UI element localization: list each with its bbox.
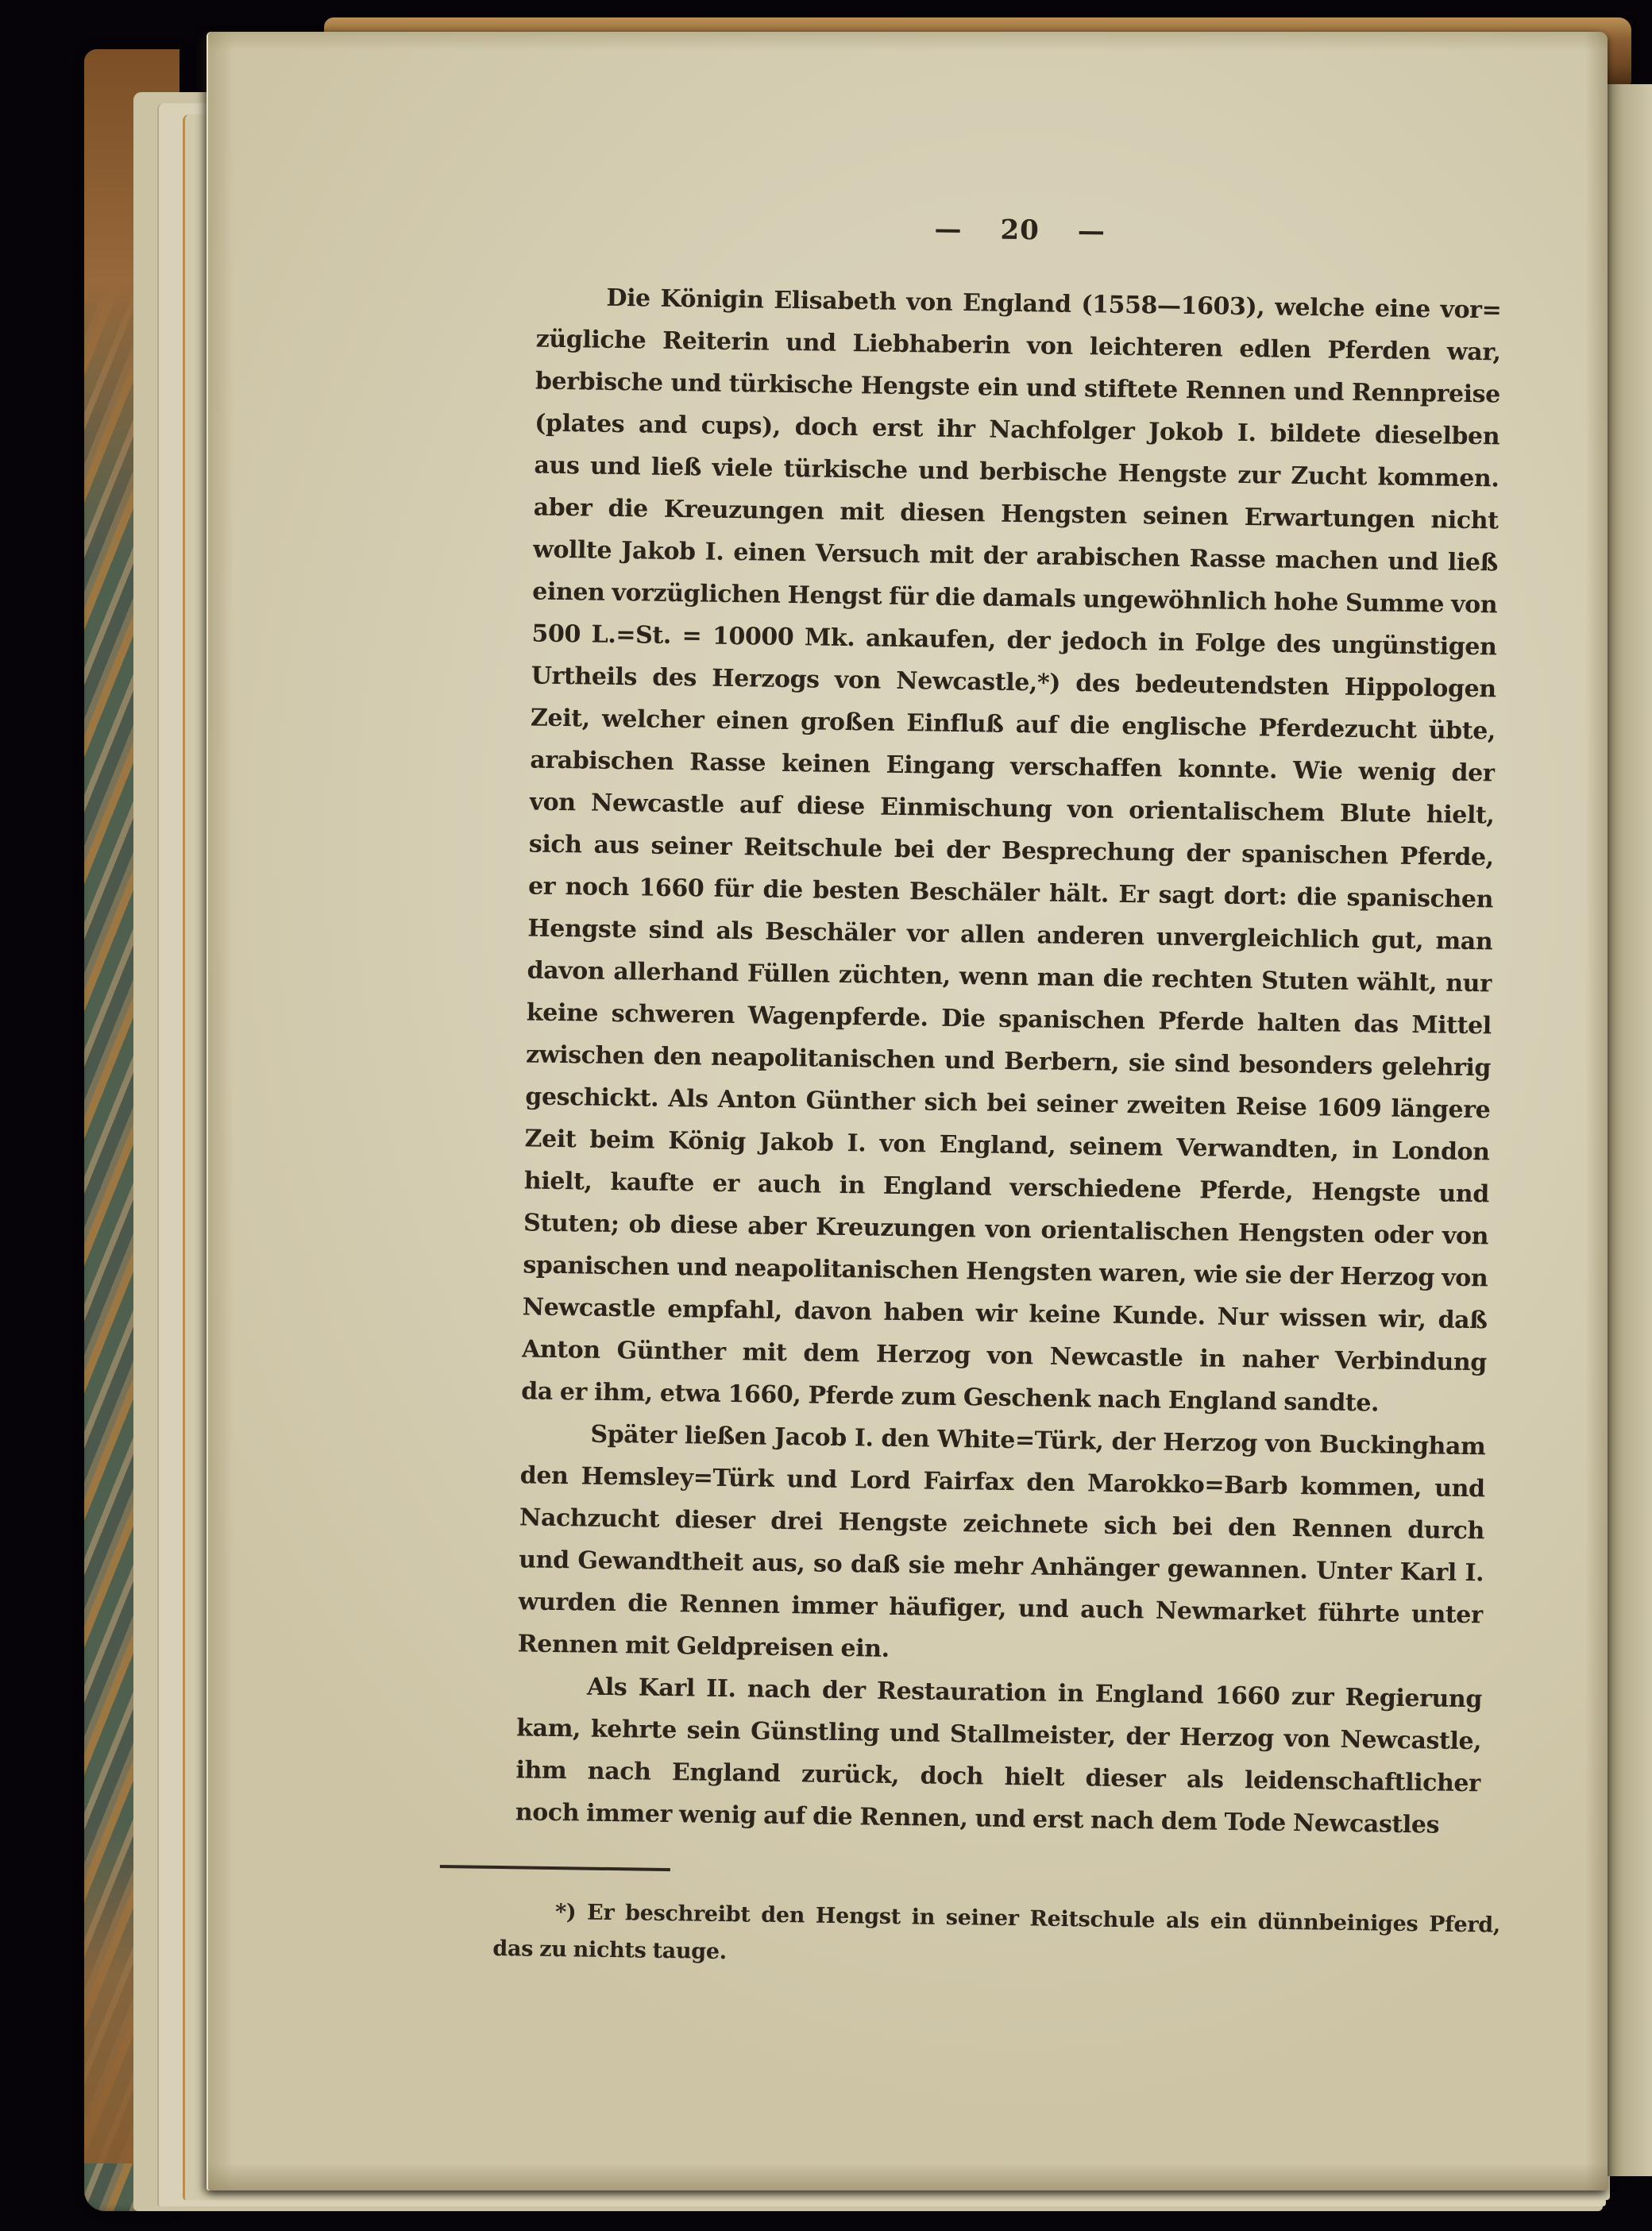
- printed-text-layer: —20— Die Königin Elisabeth von England (…: [181, 21, 1611, 2198]
- body-text: Die Königin Elisabeth von England (1558—…: [515, 276, 1501, 1847]
- adjacent-page-edge: [1608, 84, 1652, 2176]
- footnote-separator-rule: [440, 1865, 670, 1871]
- book-photo-scene: —20— Die Königin Elisabeth von England (…: [0, 0, 1652, 2231]
- page-number: 20: [1000, 214, 1040, 247]
- footnote-text: *) Er beschreibt den Hengst in seiner Re…: [492, 1893, 1500, 1982]
- header-dash-right: —: [1078, 215, 1106, 247]
- book-page: —20— Die Königin Elisabeth von England (…: [208, 32, 1608, 2190]
- header-dash-left: —: [934, 214, 963, 245]
- page-number-header: —20—: [537, 208, 1502, 253]
